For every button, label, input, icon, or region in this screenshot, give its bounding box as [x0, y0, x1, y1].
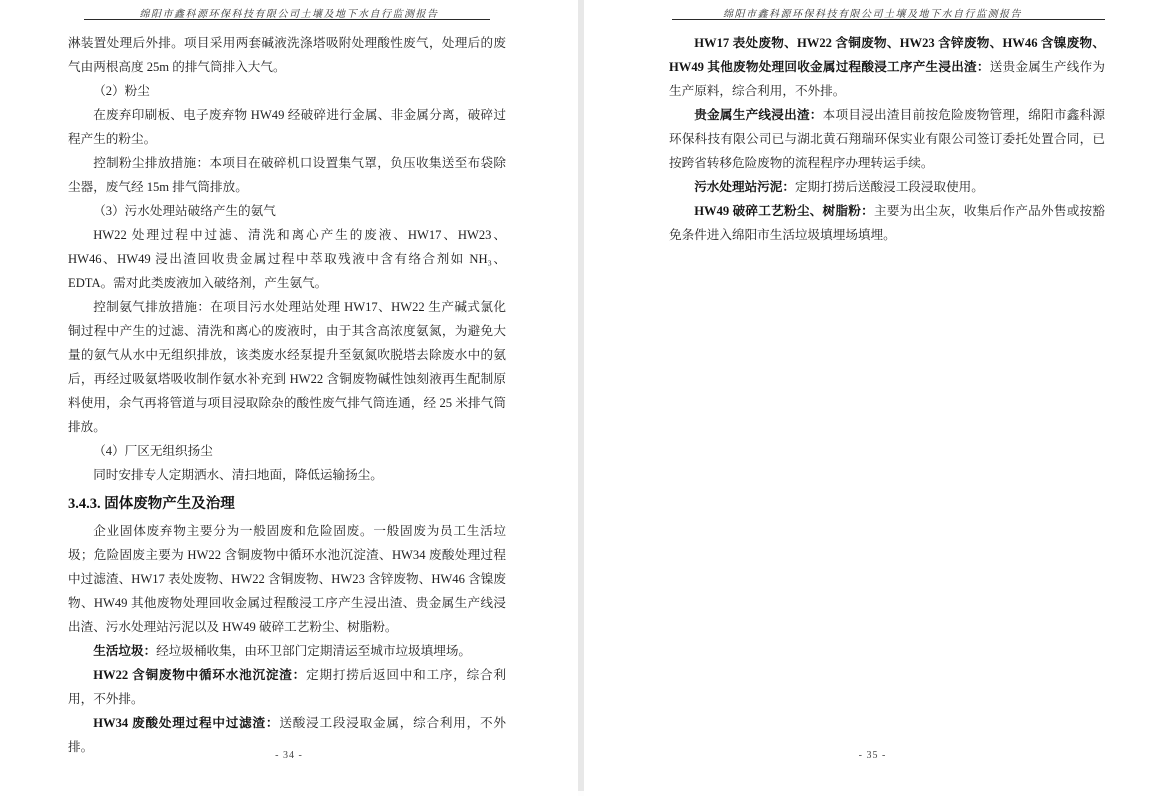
paragraph: 贵金属生产线浸出渣：本项目浸出渣目前按危险废物管理，绵阳市鑫科源环保科技有限公司… — [669, 103, 1105, 175]
section-heading: 3.4.3. 固体废物产生及治理 — [68, 492, 506, 516]
two-page-spread: 绵阳市鑫科源环保科技有限公司土壤及地下水自行监测报告 淋装置处理后外排。项目采用… — [0, 0, 1161, 796]
page-number: - 34 - — [0, 750, 578, 761]
running-header: 绵阳市鑫科源环保科技有限公司土壤及地下水自行监测报告 — [584, 5, 1161, 20]
paragraph: 污水处理站污泥：定期打捞后送酸浸工段浸取使用。 — [669, 175, 1105, 199]
paragraph: 在废弃印刷板、电子废弃物 HW49 经破碎进行金属、非金属分离，破碎过程产生的粉… — [68, 103, 506, 151]
running-header: 绵阳市鑫科源环保科技有限公司土壤及地下水自行监测报告 — [0, 5, 578, 20]
paragraph: 淋装置处理后外排。项目采用两套碱液洗涤塔吸附处理酸性废气，处理后的废气由两根高度… — [68, 31, 506, 79]
paragraph: 控制氨气排放措施：在项目污水处理站处理 HW17、HW22 生产碱式氯化铜过程中… — [68, 295, 506, 439]
paragraph: HW22 含铜废物中循环水池沉淀渣：定期打捞后返回中和工序，综合利用，不外排。 — [68, 663, 506, 711]
paragraph: 企业固体废弃物主要分为一般固废和危险固废。一般固废为员工生活垃圾；危险固废主要为… — [68, 519, 506, 639]
page-34: 绵阳市鑫科源环保科技有限公司土壤及地下水自行监测报告 淋装置处理后外排。项目采用… — [0, 0, 578, 796]
paragraph: （2）粉尘 — [68, 79, 506, 103]
paragraph: （3）污水处理站破络产生的氨气 — [68, 199, 506, 223]
header-rule — [672, 19, 1105, 20]
page-35: 绵阳市鑫科源环保科技有限公司土壤及地下水自行监测报告 HW17 表处废物、HW2… — [584, 0, 1161, 796]
page-body: 淋装置处理后外排。项目采用两套碱液洗涤塔吸附处理酸性废气，处理后的废气由两根高度… — [68, 31, 506, 759]
paragraph: HW22 处理过程中过滤、清洗和离心产生的废液、HW17、HW23、HW46、H… — [68, 223, 506, 295]
paragraph: 同时安排专人定期洒水、清扫地面，降低运输扬尘。 — [68, 463, 506, 487]
page-body: HW17 表处废物、HW22 含铜废物、HW23 含锌废物、HW46 含镍废物、… — [669, 31, 1105, 247]
paragraph: HW49 破碎工艺粉尘、树脂粉：主要为出尘灰，收集后作产品外售或按豁免条件进入绵… — [669, 199, 1105, 247]
header-rule — [84, 19, 490, 20]
paragraph: （4）厂区无组织扬尘 — [68, 439, 506, 463]
paragraph: 控制粉尘排放措施：本项目在破碎机口设置集气罩，负压收集送至布袋除尘器，废气经 1… — [68, 151, 506, 199]
paragraph: HW17 表处废物、HW22 含铜废物、HW23 含锌废物、HW46 含镍废物、… — [669, 31, 1105, 103]
document-viewer: { "colors": { "page": "#ffffff", "divide… — [0, 0, 1161, 796]
paragraph: 生活垃圾：经垃圾桶收集，由环卫部门定期清运至城市垃圾填埋场。 — [68, 639, 506, 663]
page-number: - 35 - — [584, 750, 1161, 761]
